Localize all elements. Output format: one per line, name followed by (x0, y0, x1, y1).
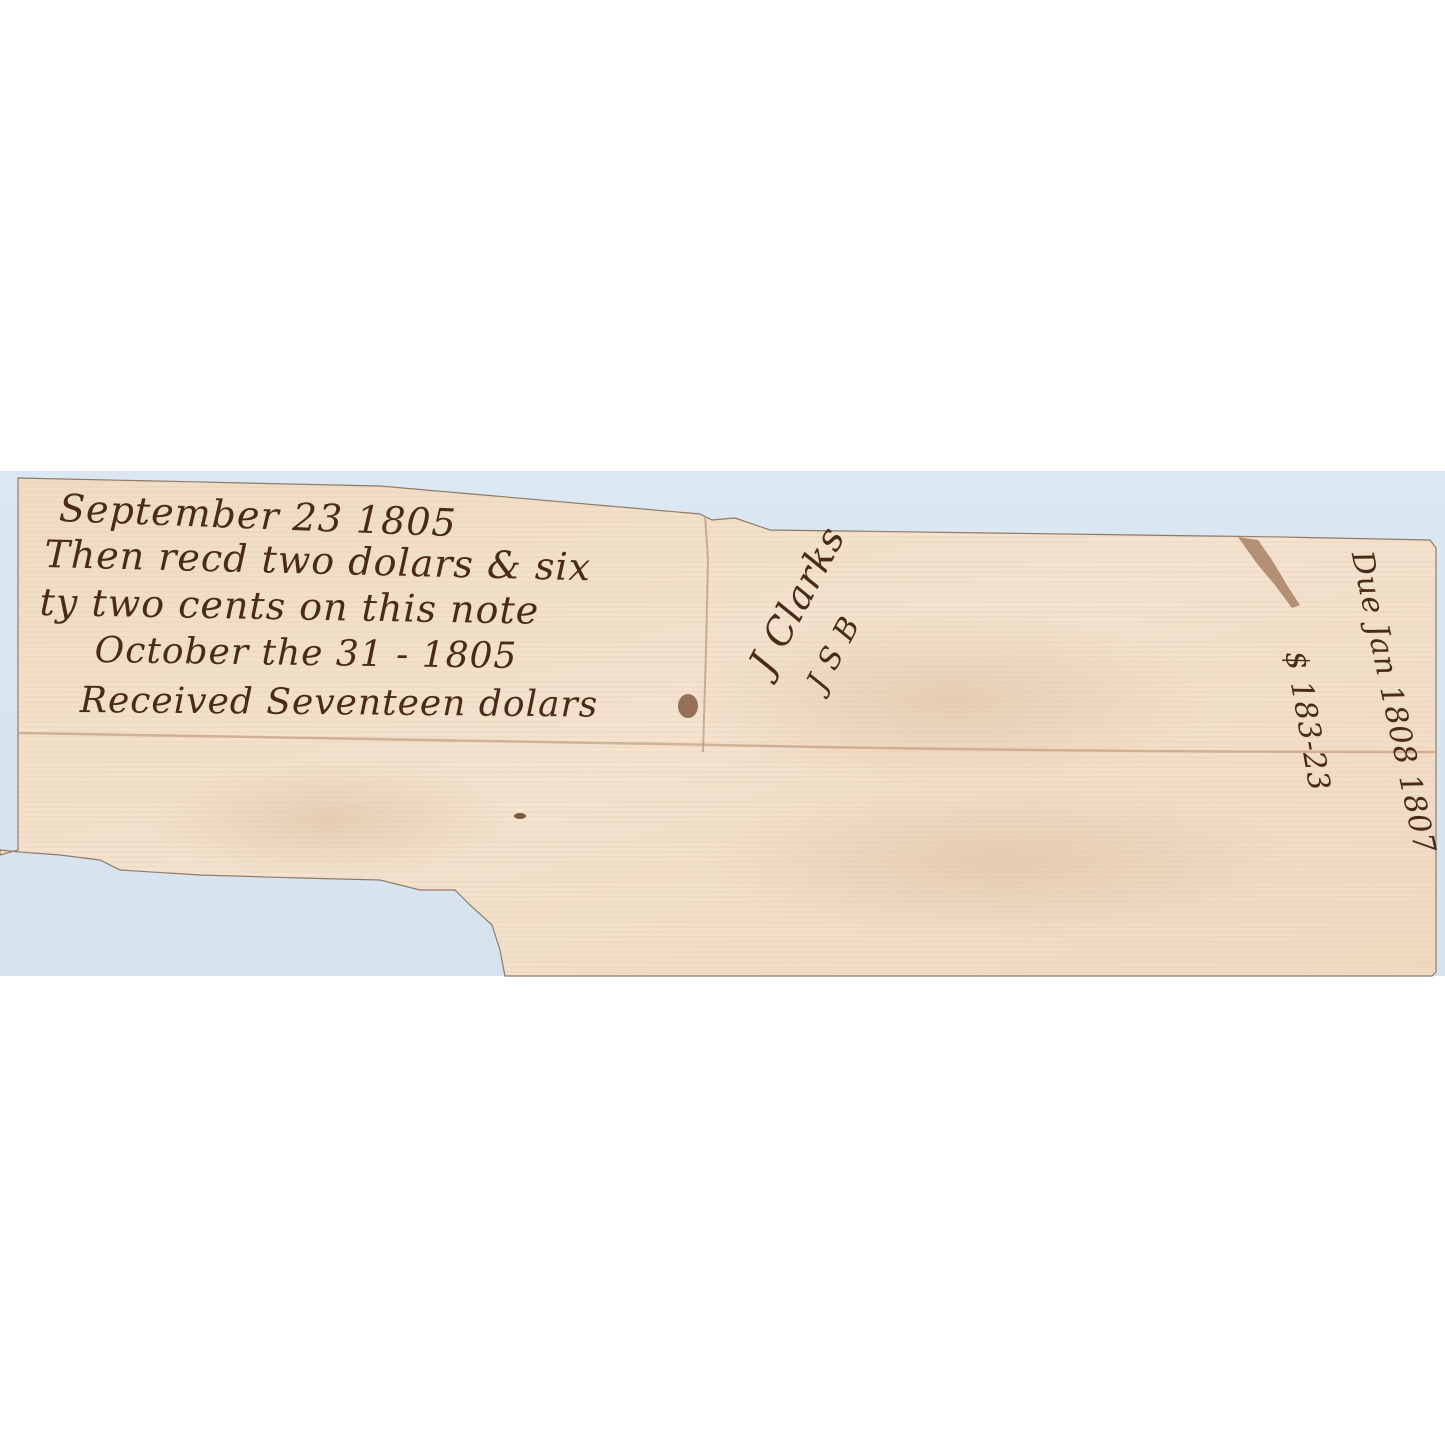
receipt-second-date-line: October the 31 - 1805 (94, 630, 517, 677)
receipt-second-payment-line: Received Seventeen dolars (80, 680, 599, 726)
paper-sheet (0, 0, 1445, 1445)
receipt-payment-continued-line: ty two cents on this note (39, 580, 539, 633)
